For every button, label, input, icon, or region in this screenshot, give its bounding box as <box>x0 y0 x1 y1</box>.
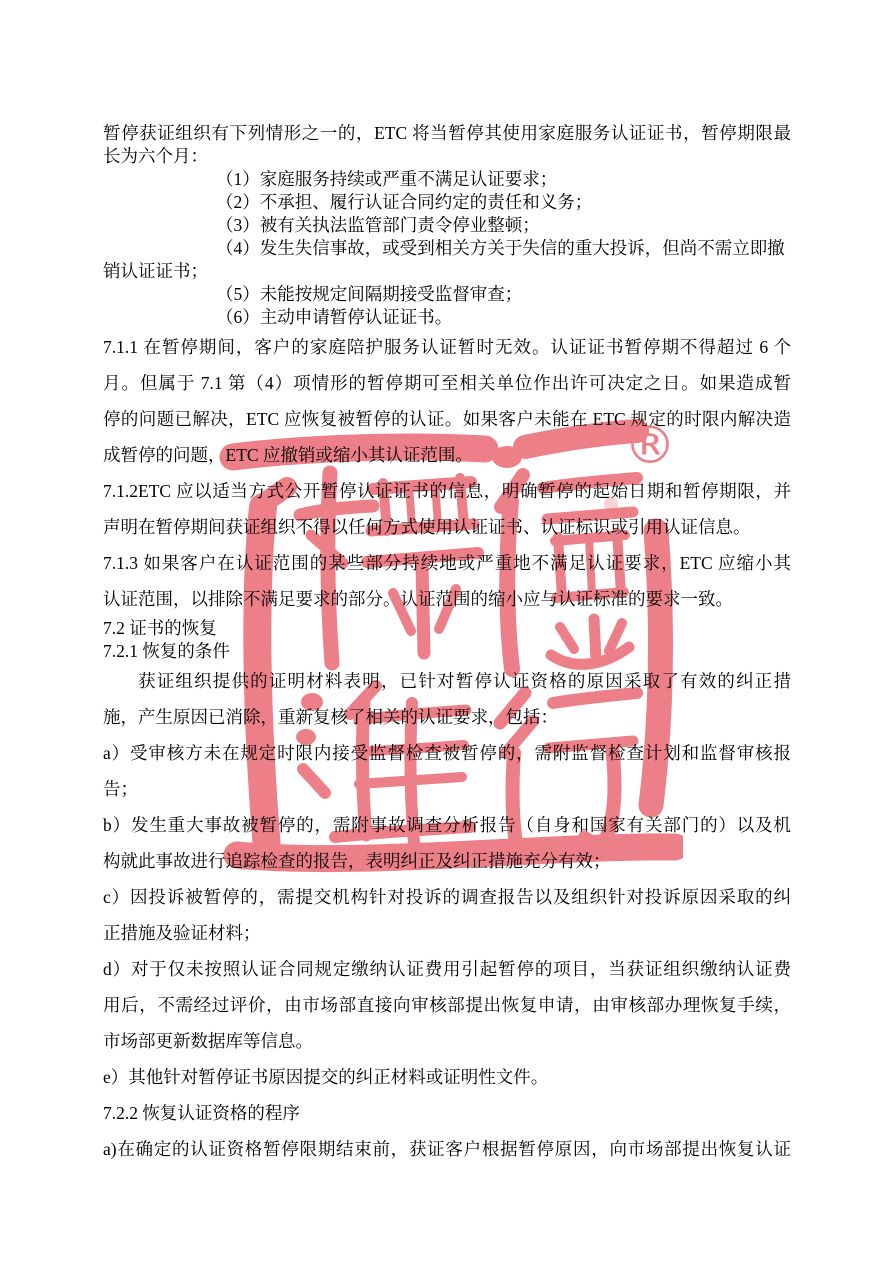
clause-7-1-2: 7.1.2ETC 应以适当方式公开暂停认证证书的信息，明确暂停的起始日期和暂停期… <box>103 473 791 545</box>
doc-line: 用后，不需经过评价，由市场部直接向审核部提出恢复申请，由审核部办理恢复手续， <box>103 987 791 1023</box>
doc-line: 声明在暂停期间获证组织不得以任何方式使用认证证书、认证标识或引用认证信息。 <box>103 509 791 545</box>
doc-line: 市场部更新数据库等信息。 <box>103 1023 791 1059</box>
doc-line: 认证范围，以排除不满足要求的部分。认证范围的缩小应与认证标准的要求一致。 <box>103 581 791 617</box>
document-page: ® 暂停获证组织有下列情形之一的，ETC 将当暂停其使用家庭服务认证证书，暂停期… <box>0 0 892 1262</box>
doc-line: 停的问题已解决，ETC 应恢复被暂停的认证。如果客户未能在 ETC 规定的时限内… <box>103 401 791 437</box>
doc-line: 获证组织提供的证明材料表明，已针对暂停认证资格的原因采取了有效的纠正措 <box>103 663 791 699</box>
doc-line: 成暂停的问题，ETC 应撤销或缩小其认证范围。 <box>103 437 791 473</box>
section-7-2: 7.2 证书的恢复 7.2.1 恢复的条件 <box>103 617 791 663</box>
clause-7-1-3: 7.1.3 如果客户在认证范围的某些部分持续地或严重地不满足认证要求，ETC 应… <box>103 545 791 617</box>
section-heading: 7.2.1 恢复的条件 <box>103 640 791 663</box>
section-7-2-2: 7.2.2 恢复认证资格的程序 <box>103 1095 791 1131</box>
list-item: （2）不承担、履行认证合同约定的责任和义务； <box>216 191 791 214</box>
doc-line: 销认证证书； <box>103 260 791 283</box>
condition-item-e: e）其他针对暂停证书原因提交的纠正材料或证明性文件。 <box>103 1059 791 1095</box>
document-text: 暂停获证组织有下列情形之一的，ETC 将当暂停其使用家庭服务认证证书，暂停期限最… <box>103 122 791 1167</box>
recovery-conditions-paragraph: 获证组织提供的证明材料表明，已针对暂停认证资格的原因采取了有效的纠正措 施，产生… <box>103 663 791 735</box>
doc-line: 7.1.3 如果客户在认证范围的某些部分持续地或严重地不满足认证要求，ETC 应… <box>103 545 791 581</box>
doc-line: 告； <box>103 771 791 807</box>
suspension-intro-clause: 暂停获证组织有下列情形之一的，ETC 将当暂停其使用家庭服务认证证书，暂停期限最… <box>103 122 791 329</box>
condition-item-a: a）受审核方未在规定时限内接受监督检查被暂停的，需附监督检查计划和监督审核报 告… <box>103 735 791 807</box>
doc-line: b）发生重大事故被暂停的，需附事故调查分析报告（自身和国家有关部门的）以及机 <box>103 807 791 843</box>
section-heading: 7.2 证书的恢复 <box>103 617 791 640</box>
doc-line: 长为六个月： <box>103 145 791 168</box>
condition-item-d: d）对于仅未按照认证合同规定缴纳认证费用引起暂停的项目，当获证组织缴纳认证费 用… <box>103 951 791 1059</box>
doc-line: 7.1.2ETC 应以适当方式公开暂停认证证书的信息，明确暂停的起始日期和暂停期… <box>103 473 791 509</box>
doc-line: 构就此事故进行追踪检查的报告，表明纠正及纠正措施充分有效； <box>103 843 791 879</box>
condition-item-b: b）发生重大事故被暂停的，需附事故调查分析报告（自身和国家有关部门的）以及机 构… <box>103 807 791 879</box>
doc-line: e）其他针对暂停证书原因提交的纠正材料或证明性文件。 <box>103 1059 791 1095</box>
doc-line: 7.1.1 在暂停期间，客户的家庭陪护服务认证暂时无效。认证证书暂停期不得超过 … <box>103 329 791 365</box>
list-item: （5）未能按规定间隔期接受监督审查； <box>216 283 791 306</box>
doc-line: 月。但属于 7.1 第（4）项情形的暂停期可至相关单位作出许可决定之日。如果造成… <box>103 365 791 401</box>
doc-line: a)在确定的认证资格暂停限期结束前，获证客户根据暂停原因，向市场部提出恢复认证 <box>103 1131 791 1167</box>
procedure-item-a: a)在确定的认证资格暂停限期结束前，获证客户根据暂停原因，向市场部提出恢复认证 <box>103 1131 791 1167</box>
section-heading: 7.2.2 恢复认证资格的程序 <box>103 1095 791 1131</box>
clause-7-1-1: 7.1.1 在暂停期间，客户的家庭陪护服务认证暂时无效。认证证书暂停期不得超过 … <box>103 329 791 473</box>
doc-line: 正措施及验证材料； <box>103 915 791 951</box>
condition-item-c: c）因投诉被暂停的，需提交机构针对投诉的调查报告以及组织针对投诉原因采取的纠 正… <box>103 879 791 951</box>
doc-line: 暂停获证组织有下列情形之一的，ETC 将当暂停其使用家庭服务认证证书，暂停期限最 <box>103 122 791 145</box>
doc-line: a）受审核方未在规定时限内接受监督检查被暂停的，需附监督检查计划和监督审核报 <box>103 735 791 771</box>
list-item: （1）家庭服务持续或严重不满足认证要求； <box>216 168 791 191</box>
list-item: （4）发生失信事故，或受到相关方关于失信的重大投诉，但尚不需立即撤 <box>216 237 791 260</box>
doc-line: c）因投诉被暂停的，需提交机构针对投诉的调查报告以及组织针对投诉原因采取的纠 <box>103 879 791 915</box>
list-item: （6）主动申请暂停认证证书。 <box>216 306 791 329</box>
doc-line: d）对于仅未按照认证合同规定缴纳认证费用引起暂停的项目，当获证组织缴纳认证费 <box>103 951 791 987</box>
doc-line: 施，产生原因已消除，重新复核了相关的认证要求，包括： <box>103 699 791 735</box>
list-item: （3）被有关执法监管部门责令停业整顿； <box>216 214 791 237</box>
